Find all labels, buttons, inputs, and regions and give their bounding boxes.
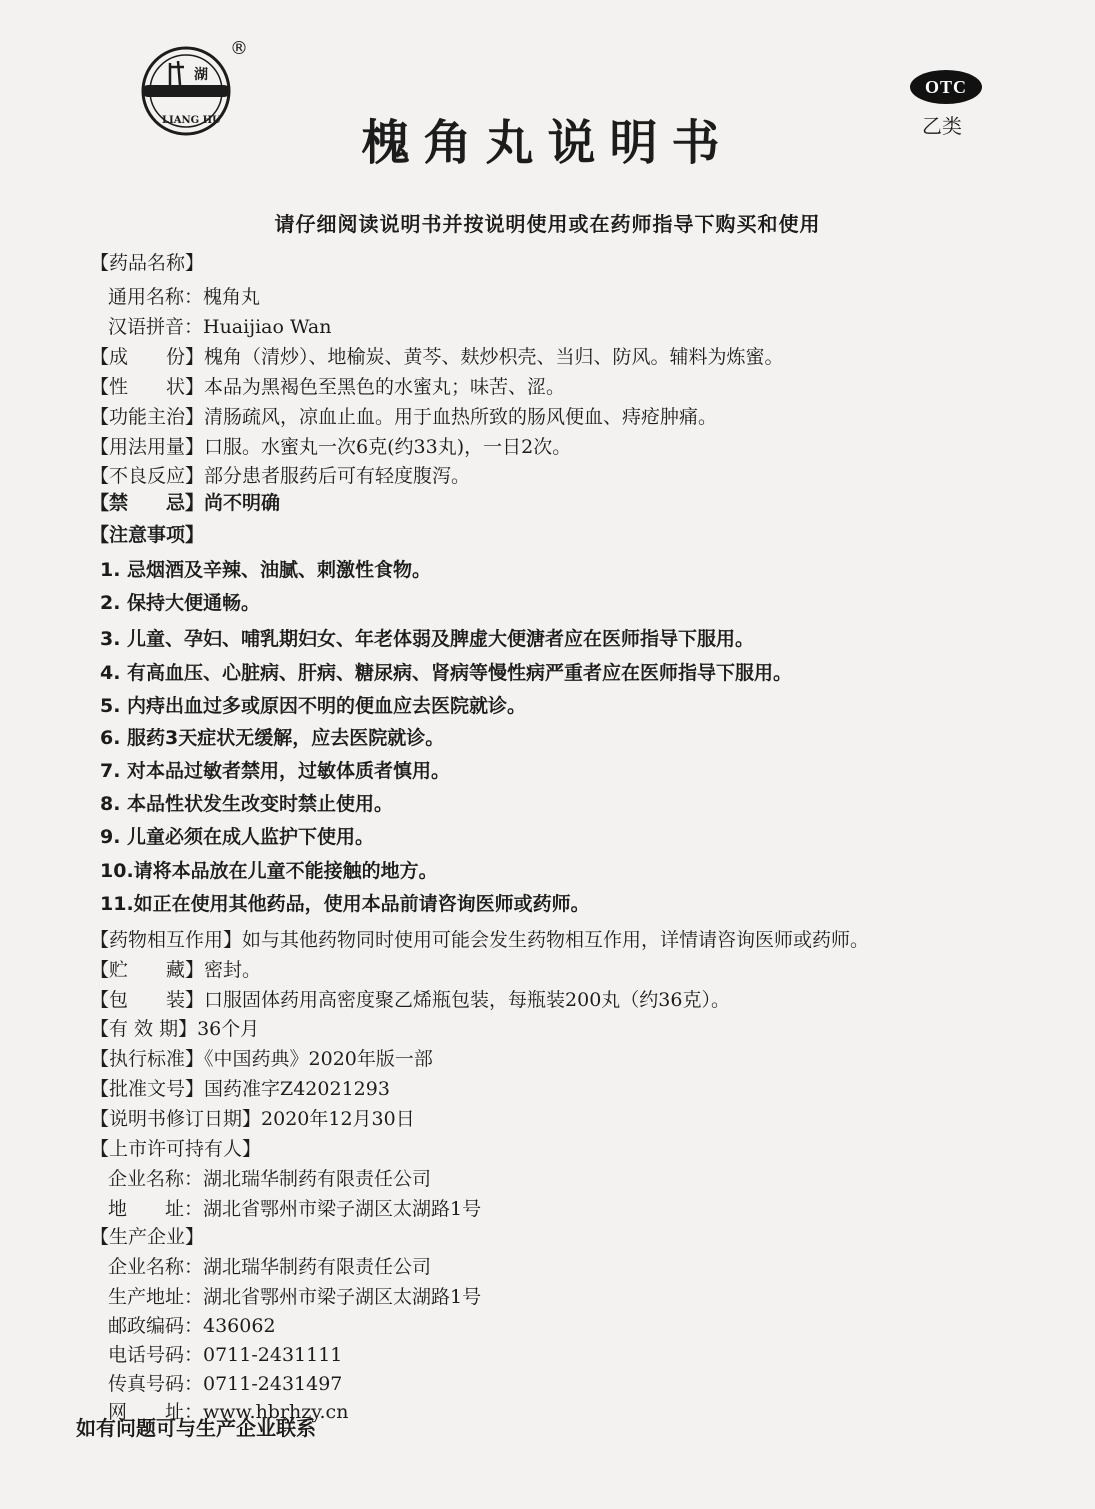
manufacturer-company: 企业名称：湖北瑞华制药有限责任公司	[108, 1252, 431, 1279]
usage-notice: 请仔细阅读说明书并按说明使用或在药师指导下购买和使用	[0, 208, 1095, 237]
manufacturer-fax: 传真号码：0711-2431497	[108, 1369, 342, 1396]
precaution-item: 6. 服药3天症状无缓解，应去医院就诊。	[100, 723, 444, 750]
precaution-item: 1. 忌烟酒及辛辣、油腻、刺激性食物。	[100, 555, 431, 582]
section-approval-number: 【批准文号】国药准字Z42021293	[90, 1074, 390, 1101]
precaution-item: 7. 对本品过敏者禁用，过敏体质者慎用。	[100, 756, 450, 783]
precaution-item: 11.如正在使用其他药品，使用本品前请咨询医师或药师。	[100, 889, 590, 916]
section-standard: 【执行标准】《中国药典》2020年版一部	[90, 1044, 433, 1071]
section-storage: 【贮 藏】密封。	[90, 955, 261, 982]
section-revision-date: 【说明书修订日期】2020年12月30日	[90, 1104, 415, 1131]
precaution-item: 5. 内痔出血过多或原因不明的便血应去医院就诊。	[100, 691, 526, 718]
contact-footer: 如有问题可与生产企业联系	[76, 1412, 316, 1441]
manufacturer-phone: 电话号码：0711-2431111	[108, 1340, 342, 1367]
otc-badge: OTC	[910, 70, 982, 104]
generic-name: 通用名称：槐角丸	[108, 282, 260, 309]
manufacturer-heading: 【生产企业】	[90, 1222, 204, 1249]
section-indications: 【功能主治】清肠疏风，凉血止血。用于血热所致的肠风便血、痔疮肿痛。	[90, 402, 717, 429]
section-adverse-reactions: 【不良反应】部分患者服药后可有轻度腹泻。	[90, 461, 470, 488]
precaution-item: 8. 本品性状发生改变时禁止使用。	[100, 789, 393, 816]
holder-heading: 【上市许可持有人】	[90, 1134, 261, 1161]
section-interactions: 【药物相互作用】如与其他药物同时使用可能会发生药物相互作用，详情请咨询医师或药师…	[90, 925, 869, 952]
precaution-item: 4. 有高血压、心脏病、肝病、糖尿病、肾病等慢性病严重者应在医师指导下服用。	[100, 658, 792, 685]
holder-address: 地 址：湖北省鄂州市梁子湖区太湖路1号	[108, 1194, 481, 1221]
svg-text:湖: 湖	[194, 66, 208, 83]
precaution-item: 9. 儿童必须在成人监护下使用。	[100, 822, 374, 849]
section-ingredients: 【成 份】槐角（清炒）、地榆炭、黄芩、麸炒枳壳、当归、防风。辅料为炼蜜。	[90, 342, 784, 369]
pinyin-name: 汉语拼音：Huaijiao Wan	[108, 312, 331, 339]
section-contraindications: 【禁 忌】尚不明确	[90, 488, 280, 515]
section-appearance: 【性 状】本品为黑褐色至黑色的水蜜丸；味苦、涩。	[90, 372, 565, 399]
precaution-item: 10.请将本品放在儿童不能接触的地方。	[100, 856, 438, 883]
section-packaging: 【包 装】口服固体药用高密度聚乙烯瓶包装，每瓶装200丸（约36克）。	[90, 985, 730, 1012]
registered-mark: ®	[230, 38, 248, 59]
section-shelf-life: 【有 效 期】36个月	[90, 1014, 259, 1041]
precaution-item: 3. 儿童、孕妇、哺乳期妇女、年老体弱及脾虚大便溏者应在医师指导下服用。	[100, 624, 754, 651]
precautions-heading: 【注意事项】	[90, 520, 204, 547]
document-title: 槐角丸说明书	[0, 104, 1095, 173]
manufacturer-address: 生产地址：湖北省鄂州市梁子湖区太湖路1号	[108, 1282, 481, 1309]
manufacturer-postcode: 邮政编码：436062	[108, 1311, 276, 1338]
drug-name-heading: 【药品名称】	[90, 248, 204, 275]
section-dosage: 【用法用量】口服。水蜜丸一次6克(约33丸)，一日2次。	[90, 432, 571, 459]
holder-company: 企业名称：湖北瑞华制药有限责任公司	[108, 1164, 431, 1191]
precaution-item: 2. 保持大便通畅。	[100, 588, 260, 615]
